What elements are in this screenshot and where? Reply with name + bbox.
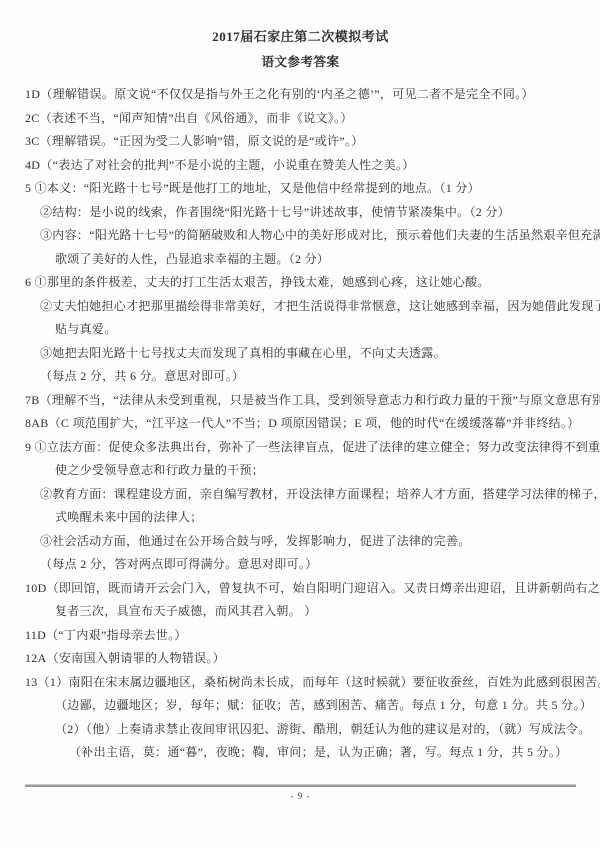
answer-line: （2）（他）上奏请求禁止夜间审讯囚犯、游街、酷刑，朝廷认为他的建议是对的，（就）…	[25, 718, 576, 742]
answer-line: 5 ①本义：“阳光路十七号”既是他打工的地址，又是他信中经常提到的地点。（1 分…	[25, 177, 576, 201]
page-number: - 9 -	[25, 791, 576, 801]
answer-line: 式唤醒未来中国的法律人；	[25, 506, 576, 530]
answer-line: 13（1）南阳在宋末属边疆地区，桑柘树尚未长成，而每年（这时候就）要征收蚕丝，百…	[25, 671, 576, 695]
answer-line: ②结构：是小说的线索，作者围绕“阳光路十七号”讲述故事，使情节紧凑集中。（2 分…	[25, 201, 576, 225]
answer-line: 10D（即回馆，既而请开云会门入，曾复执不可，始自阳明门迎诏入。又责日燇亲出迎诏…	[25, 577, 576, 601]
answer-line: 复者三次，具宣布天子威德，而风其君入朝。 ）	[25, 600, 576, 624]
answer-line: 6 ①那里的条件极差，丈夫的打工生活太艰苦，挣钱太难，她感到心疼，这让她心酸。	[25, 271, 576, 295]
answer-line: （补出主语，莫：通“暮”，夜晚；鞫，审问；是，认为正确；著，写。每点 1 分，共…	[25, 741, 576, 765]
answer-line: 4D（“表达了对社会的批判”不是小说的主题，小说重在赞美人性之美。）	[25, 154, 576, 178]
answer-line: 1D（理解错误。原文说“不仅仅是指与外王之化有别的‘内圣之德’”，可见二者不是完…	[25, 83, 576, 107]
answer-line: 3C（理解错误。“正因为受二人影响”错，原文说的是“或许”。）	[25, 130, 576, 154]
answer-line: 12A（安南国入朝请罪的人物错误。）	[25, 647, 576, 671]
document-page: 2017届石家庄第二次模拟考试 语文参考答案 1D（理解错误。原文说“不仅仅是指…	[0, 0, 600, 848]
answer-line: 使之少受领导意志和行政力量的干预；	[25, 459, 576, 483]
answer-line: 11D（“丁内艰”指母亲去世。）	[25, 624, 576, 648]
answer-line: （每点 2 分，共 6 分。意思对即可。）	[25, 365, 576, 389]
answer-line: 贴与真爱。	[25, 318, 576, 342]
answer-key-body: 1D（理解错误。原文说“不仅仅是指与外王之化有别的‘内圣之德’”，可见二者不是完…	[25, 83, 576, 765]
answer-line: ③内容：“阳光路十七号”的简陋破败和人物心中的美好形成对比，预示着他们夫妻的生活…	[25, 224, 576, 248]
answer-line: 7B（理解不当，“法律从未受到重视，只是被当作工具，受到领导意志力和行政力量的干…	[25, 389, 576, 413]
answer-line: 9 ①立法方面：促使众多法典出台，弥补了一些法律盲点，促进了法律的建立健全；努力…	[25, 436, 576, 460]
answer-line: ③她把去阳光路十七号找丈夫而发现了真相的事藏在心里，不向丈夫透露。	[25, 342, 576, 366]
answer-line: 8AB（C 项范围扩大，“江平这一代人”不当；D 项原因错误；E 项，他的时代“…	[25, 412, 576, 436]
page-subtitle: 语文参考答案	[25, 53, 576, 71]
answer-line: ②丈夫怕她担心才把那里描绘得非常美好，才把生活说得非常惬意，这让她感到幸福，因为…	[25, 295, 576, 319]
answer-line: ③社会活动方面，他通过在公开场合鼓与呼，发挥影响力，促进了法律的完善。	[25, 530, 576, 554]
answer-line: ②教育方面：课程建设方面，亲自编写教材，开设法律方面课程；培养人才方面，搭建学习…	[25, 483, 576, 507]
footer-divider	[25, 784, 576, 787]
answer-line: （每点 2 分，答对两点即可得满分。意思对即可。）	[25, 553, 576, 577]
page-title: 2017届石家庄第二次模拟考试	[25, 28, 576, 46]
answer-line: 歌颂了美好的人性，凸显追求幸福的主题。（2 分）	[25, 248, 576, 272]
answer-line: （边鄙，边疆地区；岁，每年；赋：征收；苦，感到困苦、痛苦。每点 1 分，句意 1…	[25, 694, 576, 718]
page-footer: - 9 -	[25, 784, 576, 801]
answer-line: 2C（表述不当，“闻声知情”出自《风俗通》，而非《说文》。）	[25, 107, 576, 131]
